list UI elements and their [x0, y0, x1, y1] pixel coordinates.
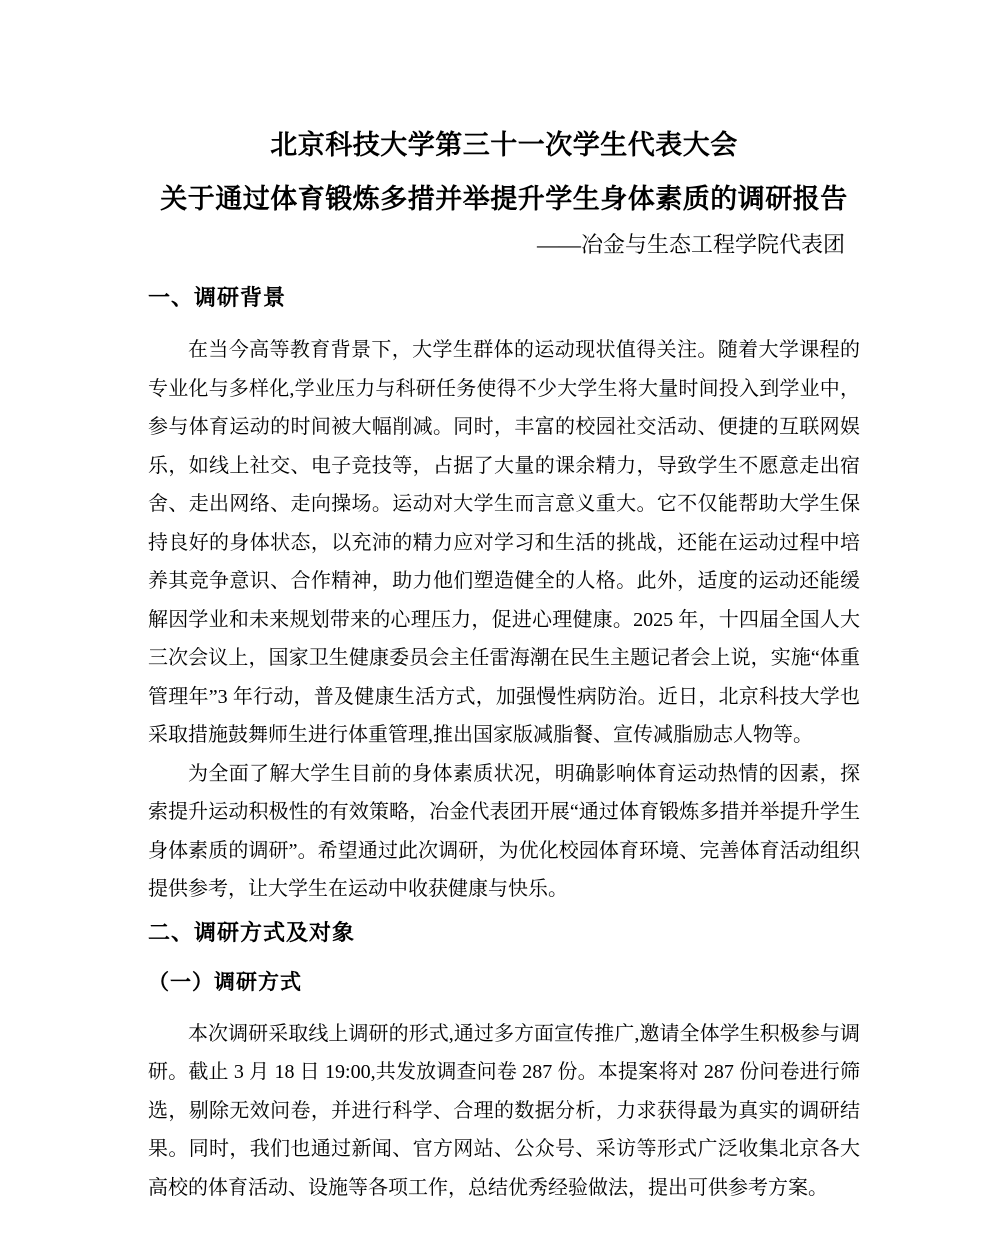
paragraph-background-1: 在当今高等教育背景下，大学生群体的运动现状值得关注。随着大学课程的专业化与多样化…: [148, 331, 860, 755]
doc-title-line1: 北京科技大学第三十一次学生代表大会: [148, 128, 860, 162]
doc-byline: ——冶金与生态工程学院代表团: [148, 231, 845, 259]
section-heading-methods: 二、调研方式及对象: [148, 919, 860, 947]
subsection-heading-method: （一）调研方式: [148, 968, 860, 996]
paragraph-background-2: 为全面了解大学生目前的身体素质状况，明确影响体育运动热情的因素，探索提升运动积极…: [148, 755, 860, 909]
paragraph-method: 本次调研采取线上调研的形式,通过多方面宣传推广,邀请全体学生积极参与调研。截止 …: [148, 1015, 860, 1208]
document-page: 北京科技大学第三十一次学生代表大会 关于通过体育锻炼多措并举提升学生身体素质的调…: [0, 0, 985, 1253]
section-heading-background: 一、调研背景: [148, 284, 860, 312]
doc-title-line2: 关于通过体育锻炼多措并举提升学生身体素质的调研报告: [148, 182, 860, 216]
